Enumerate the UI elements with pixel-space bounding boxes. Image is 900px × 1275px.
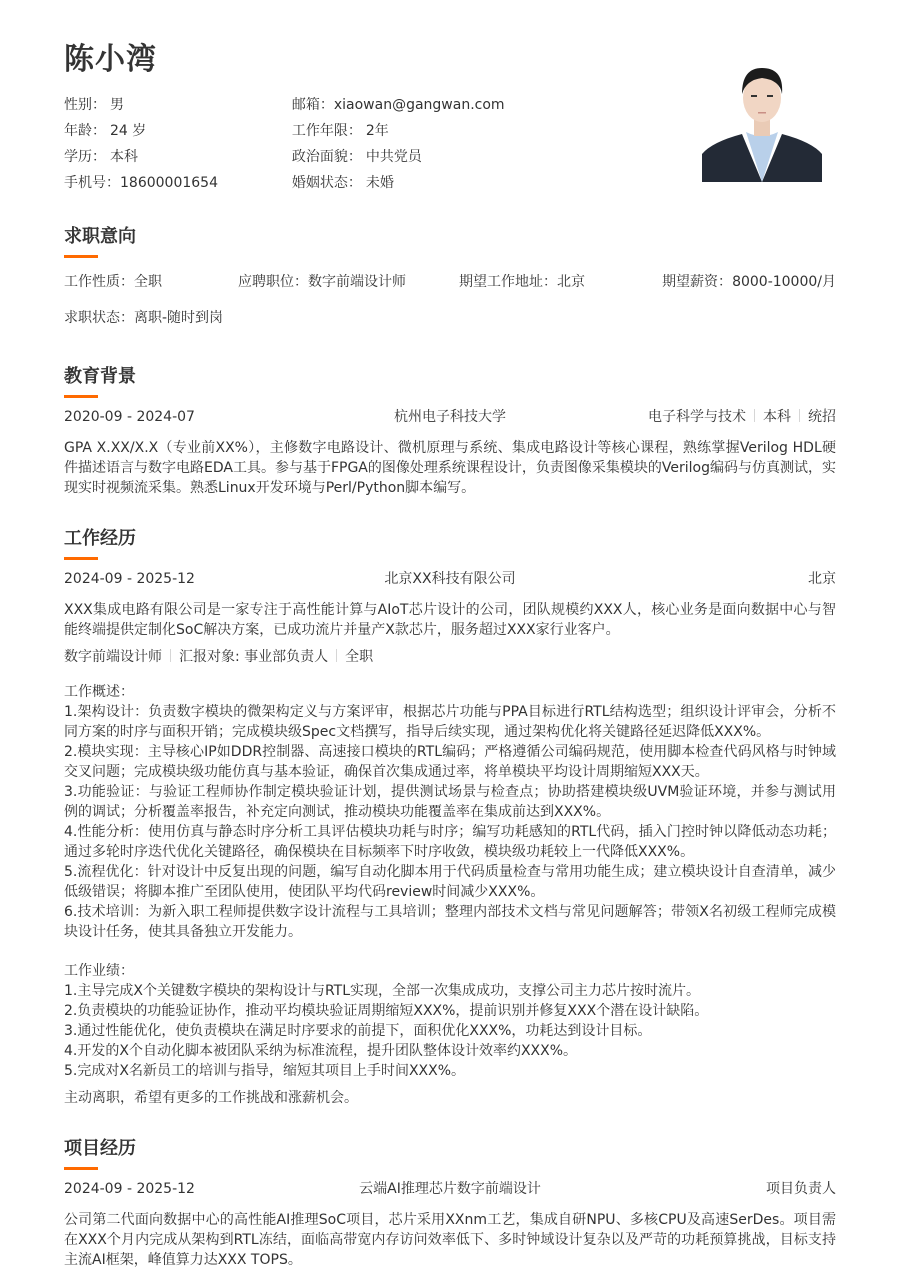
education-header-row: 2020-09 - 2024-07 杭州电子科技大学 电子科学与技术本科统招 <box>64 407 836 427</box>
intent-status-value: 离职-随时到岗 <box>134 310 223 326</box>
phone-value: 18600001654 <box>120 175 218 191</box>
info-row-1: 性别：男 邮箱：xiaowan@gangwan.com <box>64 94 584 120</box>
marital-status-value: 未婚 <box>366 175 394 191</box>
marital-status-label: 婚姻状态： <box>292 175 362 191</box>
intent-status: 求职状态：离职-随时到岗 <box>64 308 223 328</box>
company-intro: XXX集成电路有限公司是一家专注于高性能计算与AIoT芯片设计的公司，团队规模约… <box>64 600 836 640</box>
work-meta: 数字前端设计师汇报对象: 事业部负责人全职 <box>64 647 836 667</box>
divider <box>336 649 337 662</box>
intent-status-label: 求职状态： <box>64 310 134 326</box>
age-label: 年龄： <box>64 123 106 139</box>
basic-info: 性别：男 邮箱：xiaowan@gangwan.com 年龄：24 岁 工作年限… <box>64 94 584 198</box>
overview-item: 3.功能验证：与验证工程师协作制定模块验证计划，提供测试场景与检查点；协助搭建模… <box>64 782 836 822</box>
work-overview-title: 工作概述： <box>64 682 836 702</box>
political-status-value: 中共党员 <box>366 149 422 165</box>
achievement-item: 1.主导完成X个关键数字模块的架构设计与RTL实现，全部一次集成成功，支撑公司主… <box>64 981 836 1001</box>
section-title-job-intent: 求职意向 <box>64 225 136 249</box>
section-title-education: 教育背景 <box>64 365 136 389</box>
work-years-value: 2年 <box>366 123 389 139</box>
work-header-row: 2024-09 - 2025-12 北京XX科技有限公司 北京 <box>64 569 836 589</box>
section-accent-bar <box>64 1167 98 1170</box>
divider <box>754 409 755 422</box>
achievement-item: 5.完成对X名新员工的培训与指导，缩短其项目上手时间XXX%。 <box>64 1061 836 1081</box>
education-value: 本科 <box>110 149 138 165</box>
age-value: 24 岁 <box>110 123 146 139</box>
email-label: 邮箱： <box>292 97 334 113</box>
gender-label: 性别： <box>64 97 106 113</box>
work-job-type: 全职 <box>345 649 373 665</box>
education-description: GPA X.XX/X.X（专业前XX%），主修数字电路设计、微机原理与系统、集成… <box>64 438 836 498</box>
intent-work-type-label: 工作性质： <box>64 274 134 290</box>
achievement-item: 2.负责模块的功能验证协作，推动平均模块验证周期缩短XXX%，提前识别并修复XX… <box>64 1001 836 1021</box>
intent-work-type: 工作性质：全职 <box>64 272 162 292</box>
leave-reason: 主动离职，希望有更多的工作挑战和涨薪机会。 <box>64 1088 836 1108</box>
work-achievements: 工作业绩： 1.主导完成X个关键数字模块的架构设计与RTL实现，全部一次集成成功… <box>64 961 836 1081</box>
email-value[interactable]: xiaowan@gangwan.com <box>334 97 505 113</box>
section-title-project: 项目经历 <box>64 1137 136 1161</box>
section-accent-bar <box>64 255 98 258</box>
work-years-label: 工作年限： <box>292 123 362 139</box>
info-row-4: 手机号：18600001654 婚姻状态：未婚 <box>64 172 584 198</box>
job-status-row: 求职状态：离职-随时到岗 <box>64 308 836 328</box>
work-city: 北京 <box>808 569 836 589</box>
intent-salary: 期望薪资：8000-10000/月 <box>662 272 836 292</box>
candidate-name: 陈小湾 <box>64 40 157 80</box>
education-degree: 本科 <box>763 409 791 425</box>
intent-location-label: 期望工作地址： <box>459 274 557 290</box>
overview-item: 6.技术培训：为新入职工程师提供数字设计流程与工具培训；整理内部技术文档与常见问… <box>64 902 836 942</box>
political-status-label: 政治面貌： <box>292 149 362 165</box>
project-header-row: 2024-09 - 2025-12 云端AI推理芯片数字前端设计 项目负责人 <box>64 1179 836 1199</box>
work-company: 北京XX科技有限公司 <box>64 569 836 589</box>
education-label: 学历： <box>64 149 106 165</box>
overview-item: 2.模块实现：主导核心IP如DDR控制器、高速接口模块的RTL编码；严格遵循公司… <box>64 742 836 782</box>
work-overview: 工作概述： 1.架构设计：负责数字模块的微架构定义与方案评审，根据芯片功能与PP… <box>64 682 836 942</box>
gender-value: 男 <box>110 97 124 113</box>
overview-item: 5.流程优化：针对设计中反复出现的问题，编写自动化脚本用于代码质量检查与常用功能… <box>64 862 836 902</box>
project-name: 云端AI推理芯片数字前端设计 <box>64 1179 836 1199</box>
intent-position-value: 数字前端设计师 <box>308 274 406 290</box>
education-major: 电子科学与技术 <box>648 409 746 425</box>
intent-position: 应聘职位：数字前端设计师 <box>238 272 406 292</box>
intent-position-label: 应聘职位： <box>238 274 308 290</box>
section-accent-bar <box>64 395 98 398</box>
intent-salary-label: 期望薪资： <box>662 274 732 290</box>
person-photo-icon <box>702 62 822 182</box>
project-role: 项目负责人 <box>766 1179 836 1199</box>
work-report-to: 汇报对象: 事业部负责人 <box>179 649 328 665</box>
info-row-3: 学历：本科 政治面貌：中共党员 <box>64 146 584 172</box>
profile-photo <box>702 62 822 182</box>
divider <box>170 649 171 662</box>
intent-work-type-value: 全职 <box>134 274 162 290</box>
divider <box>799 409 800 422</box>
intent-salary-value: 8000-10000/月 <box>732 274 836 290</box>
intent-location-value: 北京 <box>557 274 585 290</box>
intent-location: 期望工作地址：北京 <box>459 272 585 292</box>
info-row-2: 年龄：24 岁 工作年限：2年 <box>64 120 584 146</box>
work-position: 数字前端设计师 <box>64 649 162 665</box>
job-intent-row: 工作性质：全职 应聘职位：数字前端设计师 期望工作地址：北京 期望薪资：8000… <box>64 272 836 292</box>
achievement-item: 3.通过性能优化，使负责模块在满足时序要求的前提下，面积优化XXX%，功耗达到设… <box>64 1021 836 1041</box>
overview-item: 1.架构设计：负责数字模块的微架构定义与方案评审，根据芯片功能与PPA目标进行R… <box>64 702 836 742</box>
section-accent-bar <box>64 557 98 560</box>
phone-label: 手机号： <box>64 175 120 191</box>
education-details: 电子科学与技术本科统招 <box>648 407 836 427</box>
work-achievements-title: 工作业绩： <box>64 961 836 981</box>
overview-item: 4.性能分析：使用仿真与静态时序分析工具评估模块功耗与时序；编写功耗感知的RTL… <box>64 822 836 862</box>
achievement-item: 4.开发的X个自动化脚本被团队采纳为标准流程，提升团队整体设计效率约XXX%。 <box>64 1041 836 1061</box>
section-title-work: 工作经历 <box>64 527 136 551</box>
project-description: 公司第二代面向数据中心的高性能AI推理SoC项目，芯片采用XXnm工艺，集成自研… <box>64 1210 836 1270</box>
education-type: 统招 <box>808 409 836 425</box>
